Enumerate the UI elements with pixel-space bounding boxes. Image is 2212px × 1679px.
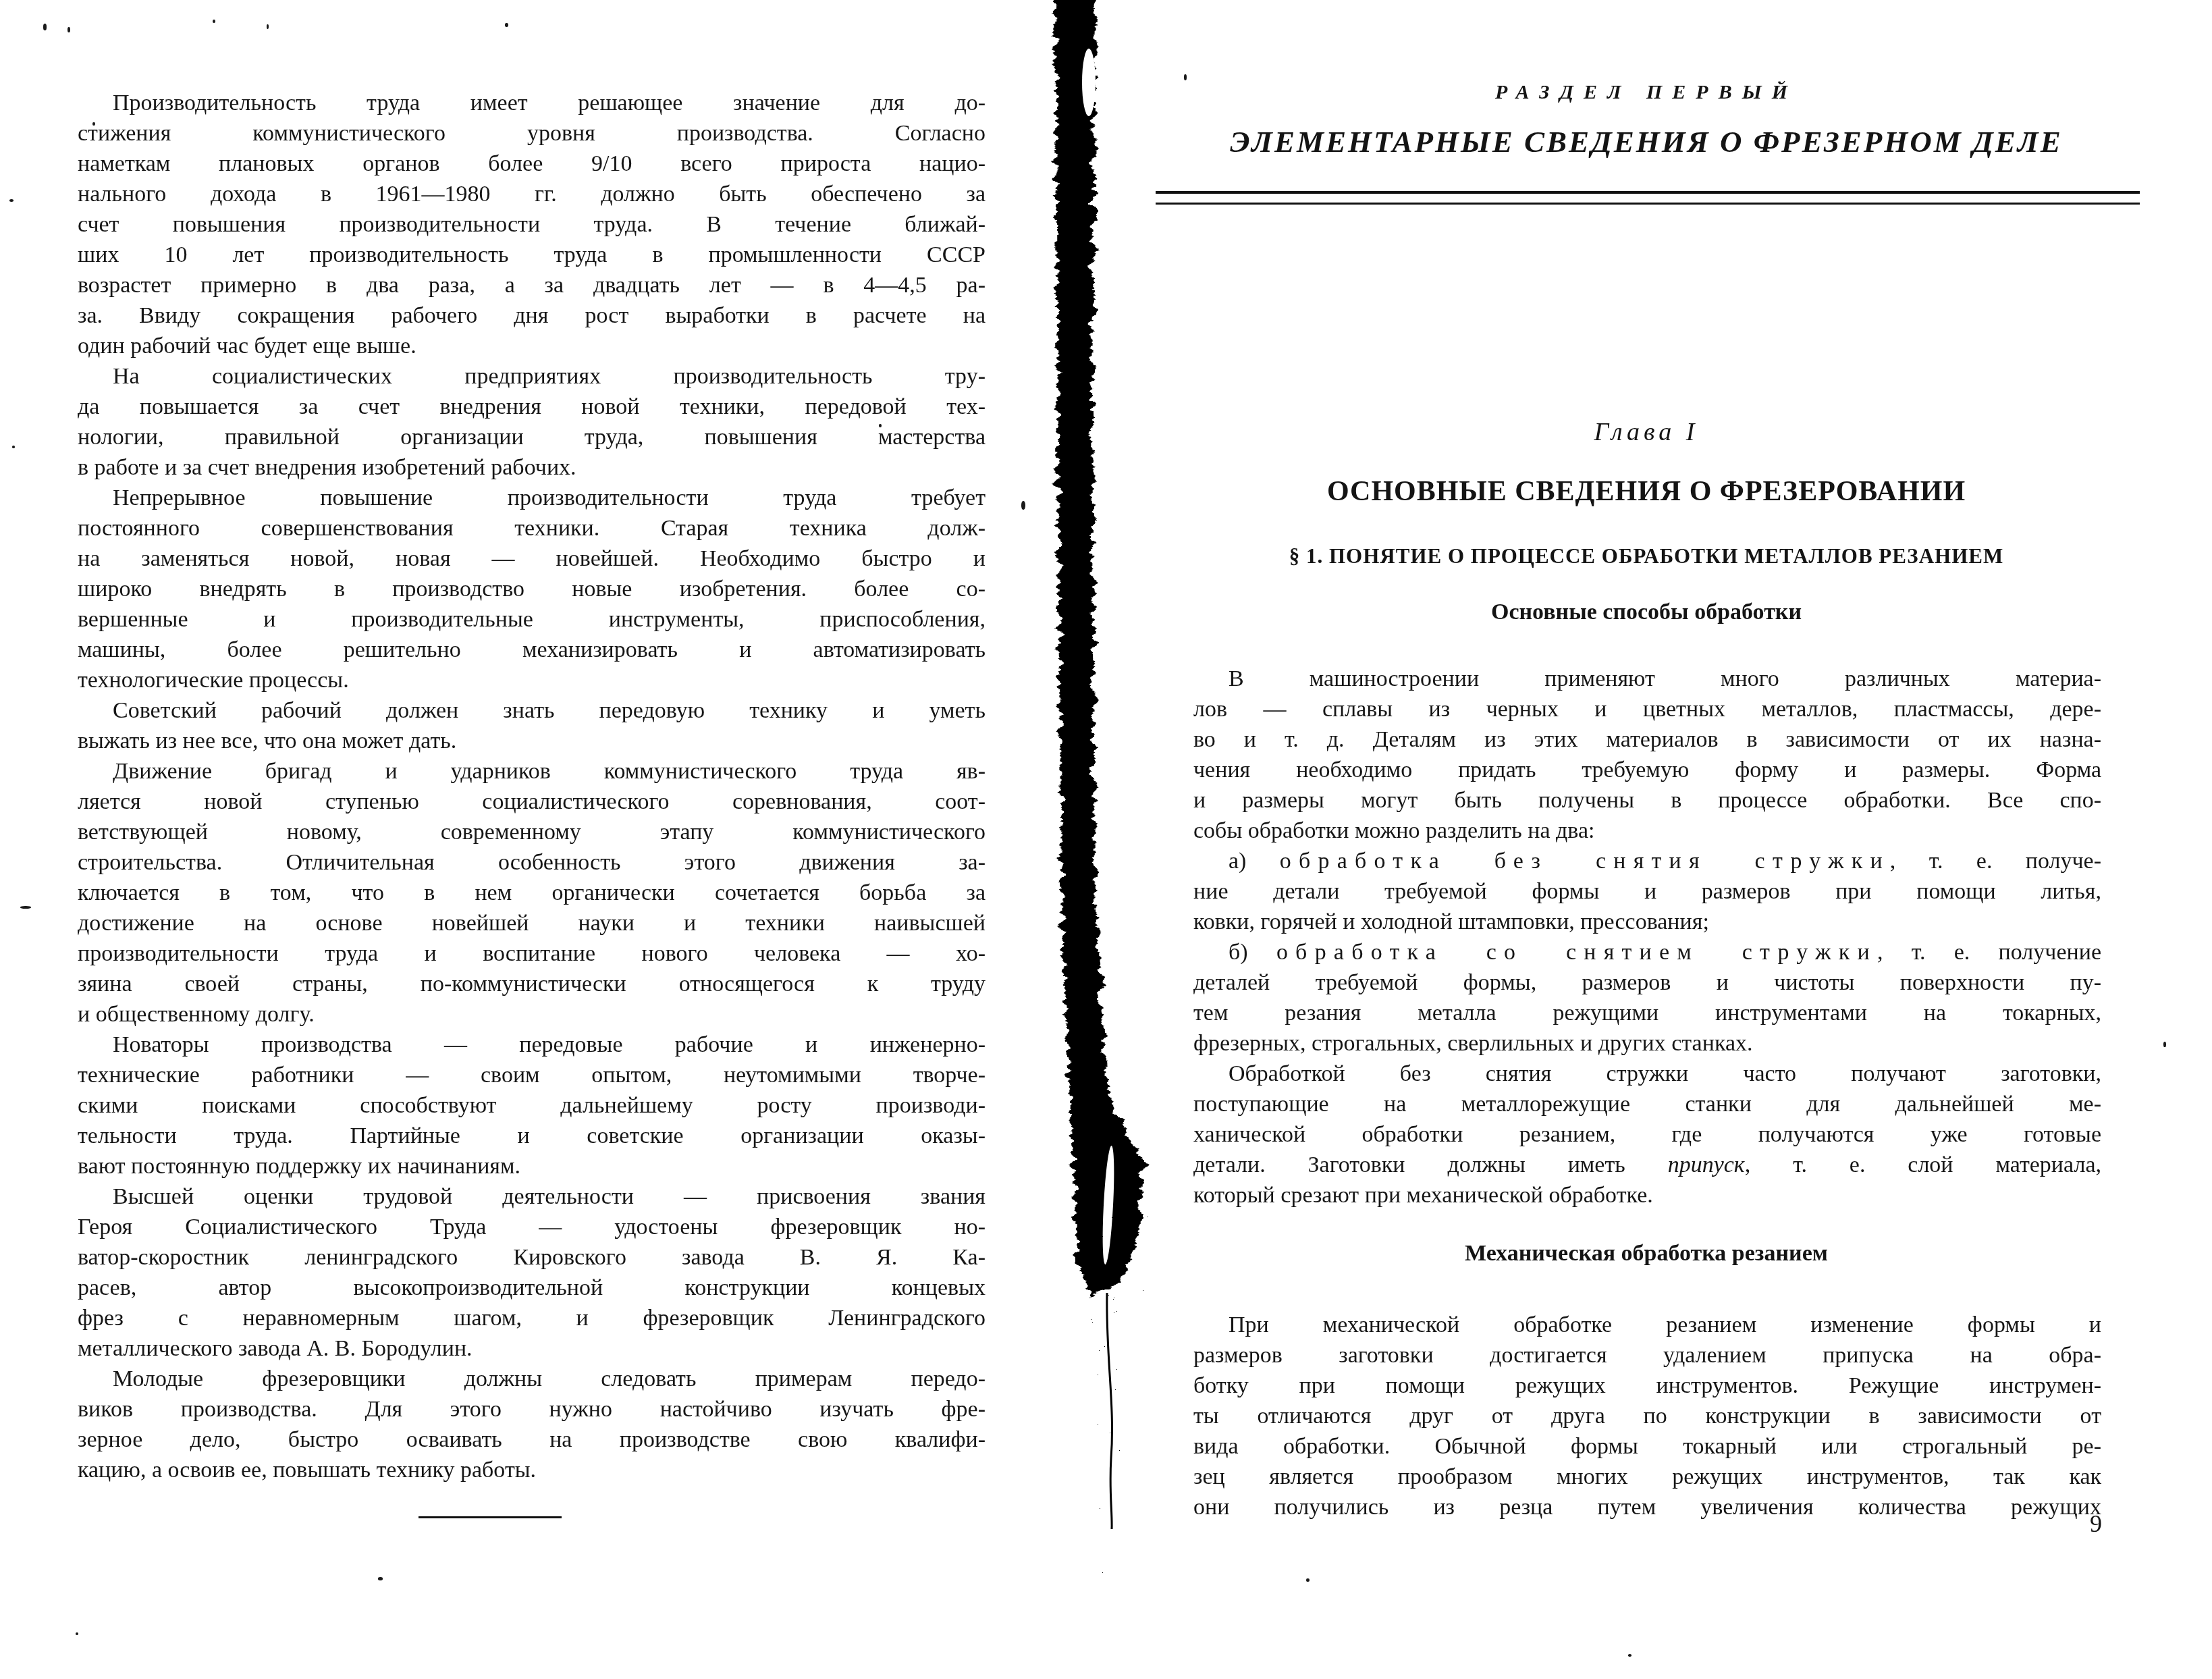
text-line: возрастет примерно в два раза, а за двад… xyxy=(78,270,986,300)
scan-speck xyxy=(76,1632,78,1635)
text-line: чения необходимо придать требуемую форму… xyxy=(1193,755,2101,785)
text-line: Обработкой без снятия стружки часто полу… xyxy=(1193,1059,2101,1089)
text-line: зяина своей страны, по-коммунистически о… xyxy=(78,969,986,999)
text-line: и размеры могут быть получены в процессе… xyxy=(1193,785,2101,816)
text-line: расев, автор высокопроизводительной конс… xyxy=(78,1273,986,1303)
scan-speck xyxy=(68,27,70,32)
text-line: Производительность труда имеет решающее … xyxy=(78,88,986,118)
text-line: детали. Заготовки должны иметь припуск, … xyxy=(1193,1150,2101,1180)
text-line: В машиностроении применяют много различн… xyxy=(1193,664,2101,694)
scan-speck xyxy=(267,24,269,29)
text-line: размеров заготовки достигается удалением… xyxy=(1193,1340,2101,1370)
text-line: фрез с неравномерным шагом, и фрезеровщи… xyxy=(78,1303,986,1333)
section-divider-rule xyxy=(419,1516,562,1518)
text-line: Новаторы производства — передовые рабочи… xyxy=(78,1030,986,1060)
text-line: технические работники — своим опытом, не… xyxy=(78,1060,986,1090)
text-line: стижения коммунистического уровня произв… xyxy=(78,118,986,149)
text-line: поступающие на металлорежущие станки для… xyxy=(1193,1089,2101,1119)
page-number: 9 xyxy=(2072,1510,2120,1538)
book-spine-shadow xyxy=(1013,0,1175,1679)
text-line: лов — сплавы из черных и цветных металло… xyxy=(1193,694,2101,724)
scan-speck xyxy=(378,1577,383,1580)
right-page-text-2: При механической обработке резанием изме… xyxy=(1193,1310,2101,1522)
text-line: ляется новой ступенью социалистического … xyxy=(78,787,986,817)
text-line: тем резания металла режущими инструмента… xyxy=(1193,998,2101,1028)
scan-speck xyxy=(1628,1654,1631,1657)
text-line: нального дохода в 1961—1980 гг. должно б… xyxy=(78,179,986,209)
scan-speck xyxy=(92,122,95,126)
scan-speck xyxy=(1184,74,1187,80)
scan-speck xyxy=(20,906,31,909)
text-line: тельности труда. Партийные и советские о… xyxy=(78,1121,986,1151)
scan-speck xyxy=(213,20,215,23)
text-line: ковки, горячей и холодной штамповки, пре… xyxy=(1193,907,2101,937)
part-title: ЭЛЕМЕНТАРНЫЕ СВЕДЕНИЯ О ФРЕЗЕРНОМ ДЕЛЕ xyxy=(1193,124,2099,159)
text-line: б) обработка со снятием стружки, т. е. п… xyxy=(1193,937,2101,967)
text-line: При механической обработке резанием изме… xyxy=(1193,1310,2101,1340)
right-page-text-1: В машиностроении применяют много различн… xyxy=(1193,664,2101,1210)
text-line: и общественному долгу. xyxy=(78,999,986,1030)
text-line: ватор-скоростник ленинградского Кировско… xyxy=(78,1242,986,1273)
text-line: да повышается за счет внедрения новой те… xyxy=(78,392,986,422)
text-line: зерное дело, быстро осваивать на произво… xyxy=(78,1424,986,1455)
chapter-label: Глава I xyxy=(1193,417,2099,447)
text-line: зец является прообразом многих режущих и… xyxy=(1193,1462,2101,1492)
text-line: Высшей оценки трудовой деятельности — пр… xyxy=(78,1181,986,1212)
text-line: Молодые фрезеровщики должны следовать пр… xyxy=(78,1364,986,1394)
scan-speck xyxy=(1306,1578,1310,1582)
text-line: они получились из резца путем увеличения… xyxy=(1193,1492,2101,1522)
text-line: строительства. Отличительная особенность… xyxy=(78,847,986,878)
section-label: РАЗДЕЛ ПЕРВЫЙ xyxy=(1193,81,2099,104)
text-line: ботку при помощи режущих инструментов. Р… xyxy=(1193,1370,2101,1401)
text-line: вида обработки. Обычной формы токарный и… xyxy=(1193,1431,2101,1462)
text-line: Героя Социалистического Труда — удостоен… xyxy=(78,1212,986,1242)
text-line: один рабочий час будет еще выше. xyxy=(78,331,986,361)
text-line: ты отличаются друг от друга по конструкц… xyxy=(1193,1401,2101,1431)
text-line: вают постоянную поддержку их начинаниям. xyxy=(78,1151,986,1181)
text-line: ханической обработки резанием, где получ… xyxy=(1193,1119,2101,1150)
double-rule xyxy=(1156,191,2140,205)
scan-speck xyxy=(505,23,508,27)
text-line: выжать из нее все, что она может дать. xyxy=(78,726,986,756)
left-page-text: Производительность труда имеет решающее … xyxy=(78,88,986,1485)
text-line: кацию, а освоив ее, повышать технику раб… xyxy=(78,1455,986,1485)
text-line: постоянного совершенствования техники. С… xyxy=(78,513,986,543)
text-line: фрезерных, строгальных, сверлильных и др… xyxy=(1193,1028,2101,1059)
text-line: за. Ввиду сокращения рабочего дня рост в… xyxy=(78,300,986,331)
paragraph-one-heading: § 1. ПОНЯТИЕ О ПРОЦЕССЕ ОБРАБОТКИ МЕТАЛЛ… xyxy=(1193,544,2099,568)
text-line: в работе и за счет внедрения изобретений… xyxy=(78,452,986,483)
text-line: деталей требуемой формы, размеров и чист… xyxy=(1193,967,2101,998)
text-line: виков производства. Для этого нужно наст… xyxy=(78,1394,986,1424)
text-line: производительности труда и воспитание но… xyxy=(78,938,986,969)
scan-speck xyxy=(2163,1042,2166,1047)
text-line: а) обработка без снятия стружки, т. е. п… xyxy=(1193,846,2101,876)
scan-speck xyxy=(879,424,882,427)
subheading-mechanical-cutting: Механическая обработка резанием xyxy=(1193,1241,2099,1267)
book-spread: Производительность труда имеет решающее … xyxy=(0,0,2212,1679)
text-line: во и т. д. Деталям из этих материалов в … xyxy=(1193,724,2101,755)
text-line: Непрерывное повышение производительности… xyxy=(78,483,986,513)
text-line: наметкам плановых органов более 9/10 все… xyxy=(78,149,986,179)
scan-speck xyxy=(1021,501,1025,510)
text-line: скими поисками способствуют дальнейшему … xyxy=(78,1090,986,1121)
text-line: Движение бригад и ударников коммунистиче… xyxy=(78,756,986,787)
text-line: который срезают при механической обработ… xyxy=(1193,1180,2101,1210)
scan-speck xyxy=(9,199,14,202)
text-line: широко внедрять в производство новые изо… xyxy=(78,574,986,604)
text-line: ключается в том, что в нем органически с… xyxy=(78,878,986,908)
scan-speck xyxy=(43,24,47,30)
subheading-basic-methods: Основные способы обработки xyxy=(1193,599,2099,625)
text-line: ние детали требуемой формы и размеров пр… xyxy=(1193,876,2101,907)
text-line: На социалистических предприятиях произво… xyxy=(78,361,986,392)
text-line: собы обработки можно разделить на два: xyxy=(1193,816,2101,846)
text-line: металлического завода А. В. Бородулин. xyxy=(78,1333,986,1364)
text-line: нологии, правильной организации труда, п… xyxy=(78,422,986,452)
chapter-title: ОСНОВНЫЕ СВЕДЕНИЯ О ФРЕЗЕРОВАНИИ xyxy=(1193,475,2099,508)
text-line: на заменяться новой, новая — новейшей. Н… xyxy=(78,543,986,574)
text-line: счет повышения производительности труда.… xyxy=(78,209,986,240)
text-line: ших 10 лет производительность труда в пр… xyxy=(78,240,986,270)
text-line: вершенные и производительные инструменты… xyxy=(78,604,986,635)
scan-speck xyxy=(12,446,15,448)
text-line: технологические процессы. xyxy=(78,665,986,695)
text-line: ветствующей новому, современному этапу к… xyxy=(78,817,986,847)
text-line: Советский рабочий должен знать передовую… xyxy=(78,695,986,726)
text-line: машины, более решительно механизировать … xyxy=(78,635,986,665)
text-line: достижение на основе новейшей науки и те… xyxy=(78,908,986,938)
